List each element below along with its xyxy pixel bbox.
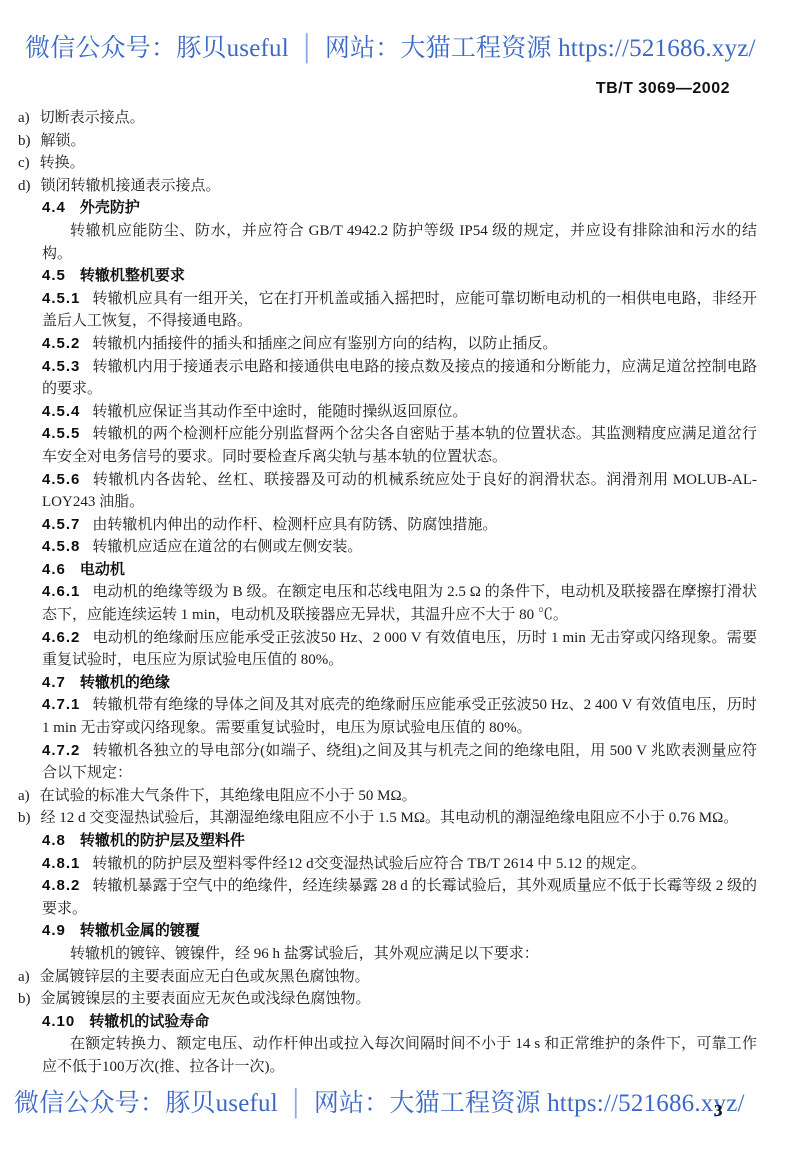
clause-4-5-2: 4.5.2转辙机内插接件的插头和插座之间应有鉴别方向的结构，以防止插反。 (42, 333, 757, 356)
clause-text: 转辙机应保证当其动作至中途时，能随时操纵返回原位。 (92, 404, 467, 420)
clause-number: 4.5.1 (42, 290, 80, 307)
list-item-label: d) (18, 178, 31, 194)
heading-4-10: 4.10转辙机的试验寿命 (42, 1011, 757, 1034)
heading-number: 4.7 (42, 674, 66, 691)
clause-number: 4.6.2 (42, 629, 80, 646)
clause-number: 4.5.8 (42, 538, 80, 555)
list-item-label: a) (18, 788, 30, 804)
list-item-b: b)解锁。 (42, 130, 757, 153)
clause-4-8-2: 4.8.2转辙机暴露于空气中的绝缘件，经连续暴露 28 d 的长霉试验后，其外观… (42, 875, 757, 920)
clause-text: 转辙机内用于接通表示电路和接通供电电路的接点数及接点的接通和分断能力，应满足道岔… (42, 359, 757, 398)
heading-4-5: 4.5转辙机整机要求 (42, 265, 757, 288)
clause-number: 4.6.1 (42, 583, 80, 600)
paragraph-plating-intro: 转辙机的镀锌、镀镍件，经 96 h 盐雾试验后，其外观应满足以下要求： (42, 943, 757, 966)
list-item-text: 经 12 d 交变湿热试验后，其潮湿绝缘电阻应不小于 1.5 MΩ。其电动机的潮… (41, 810, 739, 826)
list-item-label: c) (18, 155, 30, 171)
watermark-separator: │ (289, 35, 325, 62)
standard-number: TB/T 3069—2002 (596, 80, 730, 98)
list-item-label: a) (18, 969, 30, 985)
watermark-site-text: 网站：大猫工程资源 (314, 1090, 541, 1117)
list-item-label: b) (18, 810, 31, 826)
clause-4-6-1: 4.6.1电动机的绝缘等级为 B 级。在额定电压和芯线电阻为 2.5 Ω 的条件… (42, 581, 757, 626)
heading-number: 4.10 (42, 1013, 75, 1030)
clause-text: 转辙机应适应在道岔的右侧或左侧安装。 (92, 539, 362, 555)
list-item-text: 锁闭转辙机接通表示接点。 (41, 178, 221, 194)
list-item-text: 切断表示接点。 (40, 110, 145, 126)
heading-title: 转辙机的试验寿命 (89, 1013, 209, 1030)
clause-number: 4.5.2 (42, 335, 80, 352)
watermark-account-text: 微信公众号：豚贝useful (14, 1090, 278, 1117)
clause-4-6-2: 4.6.2电动机的绝缘耐压应能承受正弦波50 Hz、2 000 V 有效值电压，… (42, 627, 757, 672)
page-number: 3 (714, 1101, 723, 1121)
heading-number: 4.6 (42, 561, 66, 578)
clause-text: 电动机的绝缘耐压应能承受正弦波50 Hz、2 000 V 有效值电压，历时 1 … (42, 630, 757, 669)
clause-text: 转辙机暴露于空气中的绝缘件，经连续暴露 28 d 的长霉试验后，其外观质量应不低… (42, 878, 757, 917)
clause-number: 4.7.1 (42, 696, 80, 713)
clause-number: 4.7.2 (42, 742, 80, 759)
watermark-site-text: 网站：大猫工程资源 (325, 35, 552, 62)
heading-number: 4.5 (42, 267, 66, 284)
list-item-a: a)金属镀锌层的主要表面应无白色或灰黑色腐蚀物。 (42, 966, 757, 989)
heading-number: 4.8 (42, 832, 66, 849)
list-item-a: a)在试验的标准大气条件下，其绝缘电阻应不小于 50 MΩ。 (42, 785, 757, 808)
clause-4-5-7: 4.5.7由转辙机内伸出的动作杆、检测杆应具有防锈、防腐蚀措施。 (42, 514, 757, 537)
watermark-url-text: https://521686.xyz/ (558, 35, 756, 62)
list-item-c: c)转换。 (42, 152, 757, 175)
list-item-text: 在试验的标准大气条件下，其绝缘电阻应不小于 50 MΩ。 (40, 788, 417, 804)
clause-number: 4.8.2 (42, 877, 80, 894)
clause-text: 转辙机应具有一组开关，它在打开机盖或插入摇把时，应能可靠切断电动机的一相供电电路… (42, 291, 757, 330)
list-item-d: d)锁闭转辙机接通表示接点。 (42, 175, 757, 198)
watermark-account-text: 微信公众号：豚贝useful (25, 35, 289, 62)
heading-number: 4.9 (42, 922, 66, 939)
clause-text: 转辙机带有绝缘的导体之间及其对底壳的绝缘耐压应能承受正弦波50 Hz、2 400… (42, 697, 757, 736)
clause-text: 转辙机的防护层及塑料零件经12 d交变湿热试验后应符合 TB/T 2614 中 … (92, 856, 645, 872)
clause-4-8-1: 4.8.1转辙机的防护层及塑料零件经12 d交变湿热试验后应符合 TB/T 26… (42, 853, 757, 876)
clause-number: 4.5.3 (42, 358, 80, 375)
clause-4-5-1: 4.5.1转辙机应具有一组开关，它在打开机盖或插入摇把时，应能可靠切断电动机的一… (42, 288, 757, 333)
heading-4-6: 4.6电动机 (42, 559, 757, 582)
heading-number: 4.4 (42, 199, 66, 216)
clause-text: 由转辙机内伸出的动作杆、检测杆应具有防锈、防腐蚀措施。 (92, 517, 497, 533)
list-item-b: b)经 12 d 交变湿热试验后，其潮湿绝缘电阻应不小于 1.5 MΩ。其电动机… (42, 807, 757, 830)
clause-4-5-6: 4.5.6转辙机内各齿轮、丝杠、联接器及可动的机械系统应处于良好的润滑状态。润滑… (42, 469, 757, 514)
heading-4-9: 4.9转辙机金属的镀覆 (42, 920, 757, 943)
list-item-label: a) (18, 110, 30, 126)
heading-title: 转辙机金属的镀覆 (80, 922, 200, 939)
clause-text: 电动机的绝缘等级为 B 级。在额定电压和芯线电阻为 2.5 Ω 的条件下，电动机… (42, 584, 757, 623)
heading-title: 外壳防护 (80, 199, 140, 216)
list-item-b: b)金属镀镍层的主要表面应无灰色或浅绿色腐蚀物。 (42, 988, 757, 1011)
list-item-text: 转换。 (40, 155, 85, 171)
heading-4-7: 4.7转辙机的绝缘 (42, 672, 757, 695)
clause-4-5-4: 4.5.4转辙机应保证当其动作至中途时，能随时操纵返回原位。 (42, 401, 757, 424)
clause-text: 转辙机内插接件的插头和插座之间应有鉴别方向的结构，以防止插反。 (92, 336, 557, 352)
heading-title: 转辙机的防护层及塑料件 (80, 832, 245, 849)
clause-number: 4.5.5 (42, 425, 80, 442)
list-item-a: a)切断表示接点。 (42, 107, 757, 130)
watermark-bottom: 微信公众号：豚贝useful│网站：大猫工程资源 https://521686.… (14, 1083, 745, 1119)
document-page: 微信公众号：豚贝useful│网站：大猫工程资源 https://521686.… (0, 0, 800, 1155)
clause-number: 4.5.4 (42, 403, 80, 420)
clause-4-5-5: 4.5.5转辙机的两个检测杆应能分别监督两个岔尖各自密贴于基本轨的位置状态。其监… (42, 423, 757, 468)
clause-4-7-2: 4.7.2转辙机各独立的导电部分(如端子、绕组)之间及其与机壳之间的绝缘电阻，用… (42, 740, 757, 785)
clause-4-7-1: 4.7.1转辙机带有绝缘的导体之间及其对底壳的绝缘耐压应能承受正弦波50 Hz、… (42, 694, 757, 739)
paragraph-shell-protection: 转辙机应能防尘、防水，并应符合 GB/T 4942.2 防护等级 IP54 级的… (42, 220, 757, 265)
clause-number: 4.5.6 (42, 471, 80, 488)
watermark-top: 微信公众号：豚贝useful│网站：大猫工程资源 https://521686.… (25, 28, 756, 64)
clause-number: 4.8.1 (42, 855, 80, 872)
list-item-label: b) (18, 991, 31, 1007)
clause-text: 转辙机各独立的导电部分(如端子、绕组)之间及其与机壳之间的绝缘电阻，用 500 … (42, 743, 757, 782)
heading-title: 转辙机整机要求 (80, 267, 185, 284)
heading-title: 转辙机的绝缘 (80, 674, 170, 691)
list-item-text: 金属镀镍层的主要表面应无灰色或浅绿色腐蚀物。 (41, 991, 371, 1007)
list-item-label: b) (18, 133, 31, 149)
heading-4-4: 4.4外壳防护 (42, 197, 757, 220)
clause-4-5-3: 4.5.3转辙机内用于接通表示电路和接通供电电路的接点数及接点的接通和分断能力，… (42, 356, 757, 401)
clause-number: 4.5.7 (42, 516, 80, 533)
heading-title: 电动机 (80, 561, 125, 578)
heading-4-8: 4.8转辙机的防护层及塑料件 (42, 830, 757, 853)
watermark-separator: │ (278, 1090, 314, 1117)
clause-text: 转辙机的两个检测杆应能分别监督两个岔尖各自密贴于基本轨的位置状态。其监测精度应满… (42, 426, 757, 465)
list-item-text: 金属镀锌层的主要表面应无白色或灰黑色腐蚀物。 (40, 969, 370, 985)
document-body: a)切断表示接点。 b)解锁。 c)转换。 d)锁闭转辙机接通表示接点。 4.4… (42, 107, 757, 1079)
list-item-text: 解锁。 (41, 133, 86, 149)
clause-text: 转辙机内各齿轮、丝杠、联接器及可动的机械系统应处于良好的润滑状态。润滑剂用 MO… (42, 472, 757, 511)
clause-4-5-8: 4.5.8转辙机应适应在道岔的右侧或左侧安装。 (42, 536, 757, 559)
paragraph-service-life: 在额定转换力、额定电压、动作杆伸出或拉入每次间隔时间不小于 14 s 和正常维护… (42, 1033, 757, 1078)
